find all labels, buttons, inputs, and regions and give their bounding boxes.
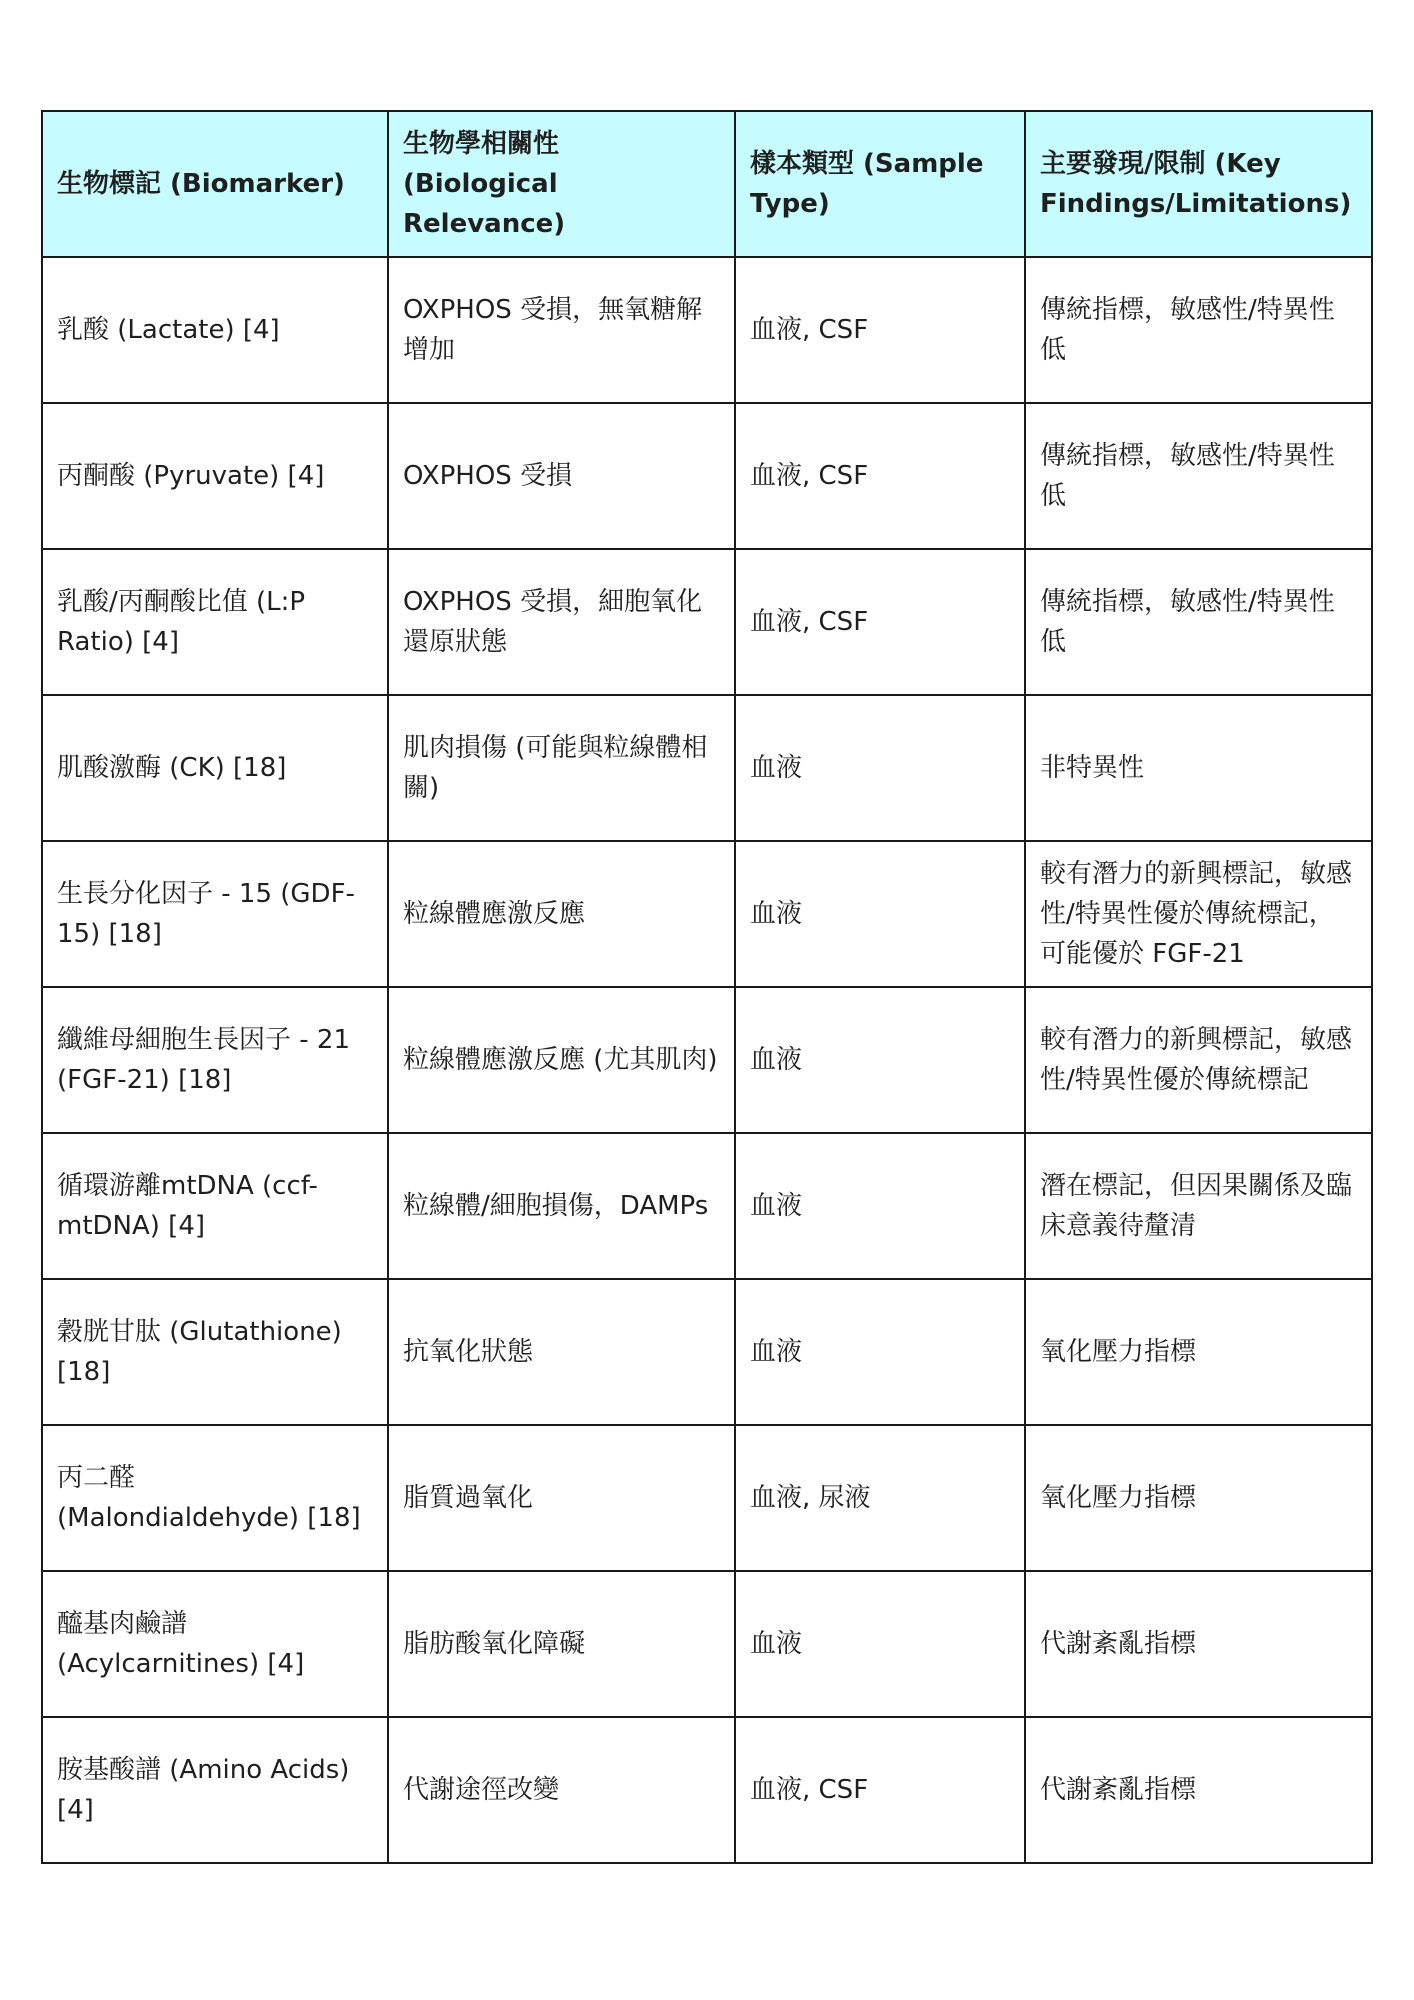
- table-row: 循環游離mtDNA (ccf-mtDNA) [4] 粒線體/細胞損傷，DAMPs…: [42, 1133, 1372, 1279]
- header-key-findings: 主要發現/限制 (Key Findings/Limitations): [1025, 111, 1372, 257]
- cell-relevance: OXPHOS 受損，細胞氧化還原狀態: [388, 549, 735, 695]
- table-row: 生長分化因子 - 15 (GDF-15) [18] 粒線體應激反應 血液 較有潛…: [42, 841, 1372, 987]
- cell-relevance: 肌肉損傷 (可能與粒線體相關): [388, 695, 735, 841]
- table-row: 穀胱甘肽 (Glutathione) [18] 抗氧化狀態 血液 氧化壓力指標: [42, 1279, 1372, 1425]
- cell-relevance: 脂質過氧化: [388, 1425, 735, 1571]
- header-sample-type: 樣本類型 (Sample Type): [735, 111, 1025, 257]
- cell-biomarker: 乳酸 (Lactate) [4]: [42, 257, 388, 403]
- cell-sample-type: 血液: [735, 841, 1025, 987]
- table-row: 乳酸 (Lactate) [4] OXPHOS 受損，無氧糖解增加 血液, CS…: [42, 257, 1372, 403]
- header-biomarker: 生物標記 (Biomarker): [42, 111, 388, 257]
- cell-sample-type: 血液: [735, 695, 1025, 841]
- cell-biomarker: 生長分化因子 - 15 (GDF-15) [18]: [42, 841, 388, 987]
- cell-relevance: 粒線體應激反應: [388, 841, 735, 987]
- cell-findings: 氧化壓力指標: [1025, 1279, 1372, 1425]
- cell-findings: 傳統指標，敏感性/特異性低: [1025, 257, 1372, 403]
- cell-biomarker: 肌酸激酶 (CK) [18]: [42, 695, 388, 841]
- cell-findings: 較有潛力的新興標記，敏感性/特異性優於傳統標記，可能優於 FGF-21: [1025, 841, 1372, 987]
- table-row: 乳酸/丙酮酸比值 (L:P Ratio) [4] OXPHOS 受損，細胞氧化還…: [42, 549, 1372, 695]
- cell-findings: 傳統指標，敏感性/特異性低: [1025, 549, 1372, 695]
- cell-biomarker: 循環游離mtDNA (ccf-mtDNA) [4]: [42, 1133, 388, 1279]
- table-row: 丙二醛 (Malondialdehyde) [18] 脂質過氧化 血液, 尿液 …: [42, 1425, 1372, 1571]
- cell-biomarker: 纖維母細胞生長因子 - 21 (FGF-21) [18]: [42, 987, 388, 1133]
- cell-relevance: 抗氧化狀態: [388, 1279, 735, 1425]
- cell-biomarker: 乳酸/丙酮酸比值 (L:P Ratio) [4]: [42, 549, 388, 695]
- cell-biomarker: 胺基酸譜 (Amino Acids) [4]: [42, 1717, 388, 1863]
- cell-sample-type: 血液: [735, 987, 1025, 1133]
- table-row: 醯基肉鹼譜 (Acylcarnitines) [4] 脂肪酸氧化障礙 血液 代謝…: [42, 1571, 1372, 1717]
- cell-findings: 潛在標記，但因果關係及臨床意義待釐清: [1025, 1133, 1372, 1279]
- cell-sample-type: 血液, CSF: [735, 257, 1025, 403]
- cell-biomarker: 丙酮酸 (Pyruvate) [4]: [42, 403, 388, 549]
- cell-biomarker: 穀胱甘肽 (Glutathione) [18]: [42, 1279, 388, 1425]
- cell-findings: 氧化壓力指標: [1025, 1425, 1372, 1571]
- cell-findings: 傳統指標，敏感性/特異性低: [1025, 403, 1372, 549]
- table-row: 肌酸激酶 (CK) [18] 肌肉損傷 (可能與粒線體相關) 血液 非特異性: [42, 695, 1372, 841]
- cell-biomarker: 丙二醛 (Malondialdehyde) [18]: [42, 1425, 388, 1571]
- cell-findings: 非特異性: [1025, 695, 1372, 841]
- table-row: 胺基酸譜 (Amino Acids) [4] 代謝途徑改變 血液, CSF 代謝…: [42, 1717, 1372, 1863]
- cell-relevance: OXPHOS 受損，無氧糖解增加: [388, 257, 735, 403]
- biomarker-table: 生物標記 (Biomarker) 生物學相關性 (Biological Rele…: [41, 110, 1373, 1864]
- cell-sample-type: 血液: [735, 1279, 1025, 1425]
- cell-sample-type: 血液: [735, 1133, 1025, 1279]
- cell-relevance: 粒線體/細胞損傷，DAMPs: [388, 1133, 735, 1279]
- cell-biomarker: 醯基肉鹼譜 (Acylcarnitines) [4]: [42, 1571, 388, 1717]
- cell-findings: 較有潛力的新興標記，敏感性/特異性優於傳統標記: [1025, 987, 1372, 1133]
- header-row: 生物標記 (Biomarker) 生物學相關性 (Biological Rele…: [42, 111, 1372, 257]
- cell-sample-type: 血液: [735, 1571, 1025, 1717]
- cell-findings: 代謝紊亂指標: [1025, 1571, 1372, 1717]
- cell-relevance: 脂肪酸氧化障礙: [388, 1571, 735, 1717]
- cell-relevance: 粒線體應激反應 (尤其肌肉): [388, 987, 735, 1133]
- table-row: 纖維母細胞生長因子 - 21 (FGF-21) [18] 粒線體應激反應 (尤其…: [42, 987, 1372, 1133]
- cell-sample-type: 血液, 尿液: [735, 1425, 1025, 1571]
- cell-sample-type: 血液, CSF: [735, 403, 1025, 549]
- cell-relevance: OXPHOS 受損: [388, 403, 735, 549]
- table-row: 丙酮酸 (Pyruvate) [4] OXPHOS 受損 血液, CSF 傳統指…: [42, 403, 1372, 549]
- cell-relevance: 代謝途徑改變: [388, 1717, 735, 1863]
- cell-findings: 代謝紊亂指標: [1025, 1717, 1372, 1863]
- header-biological-relevance: 生物學相關性 (Biological Relevance): [388, 111, 735, 257]
- cell-sample-type: 血液, CSF: [735, 1717, 1025, 1863]
- cell-sample-type: 血液, CSF: [735, 549, 1025, 695]
